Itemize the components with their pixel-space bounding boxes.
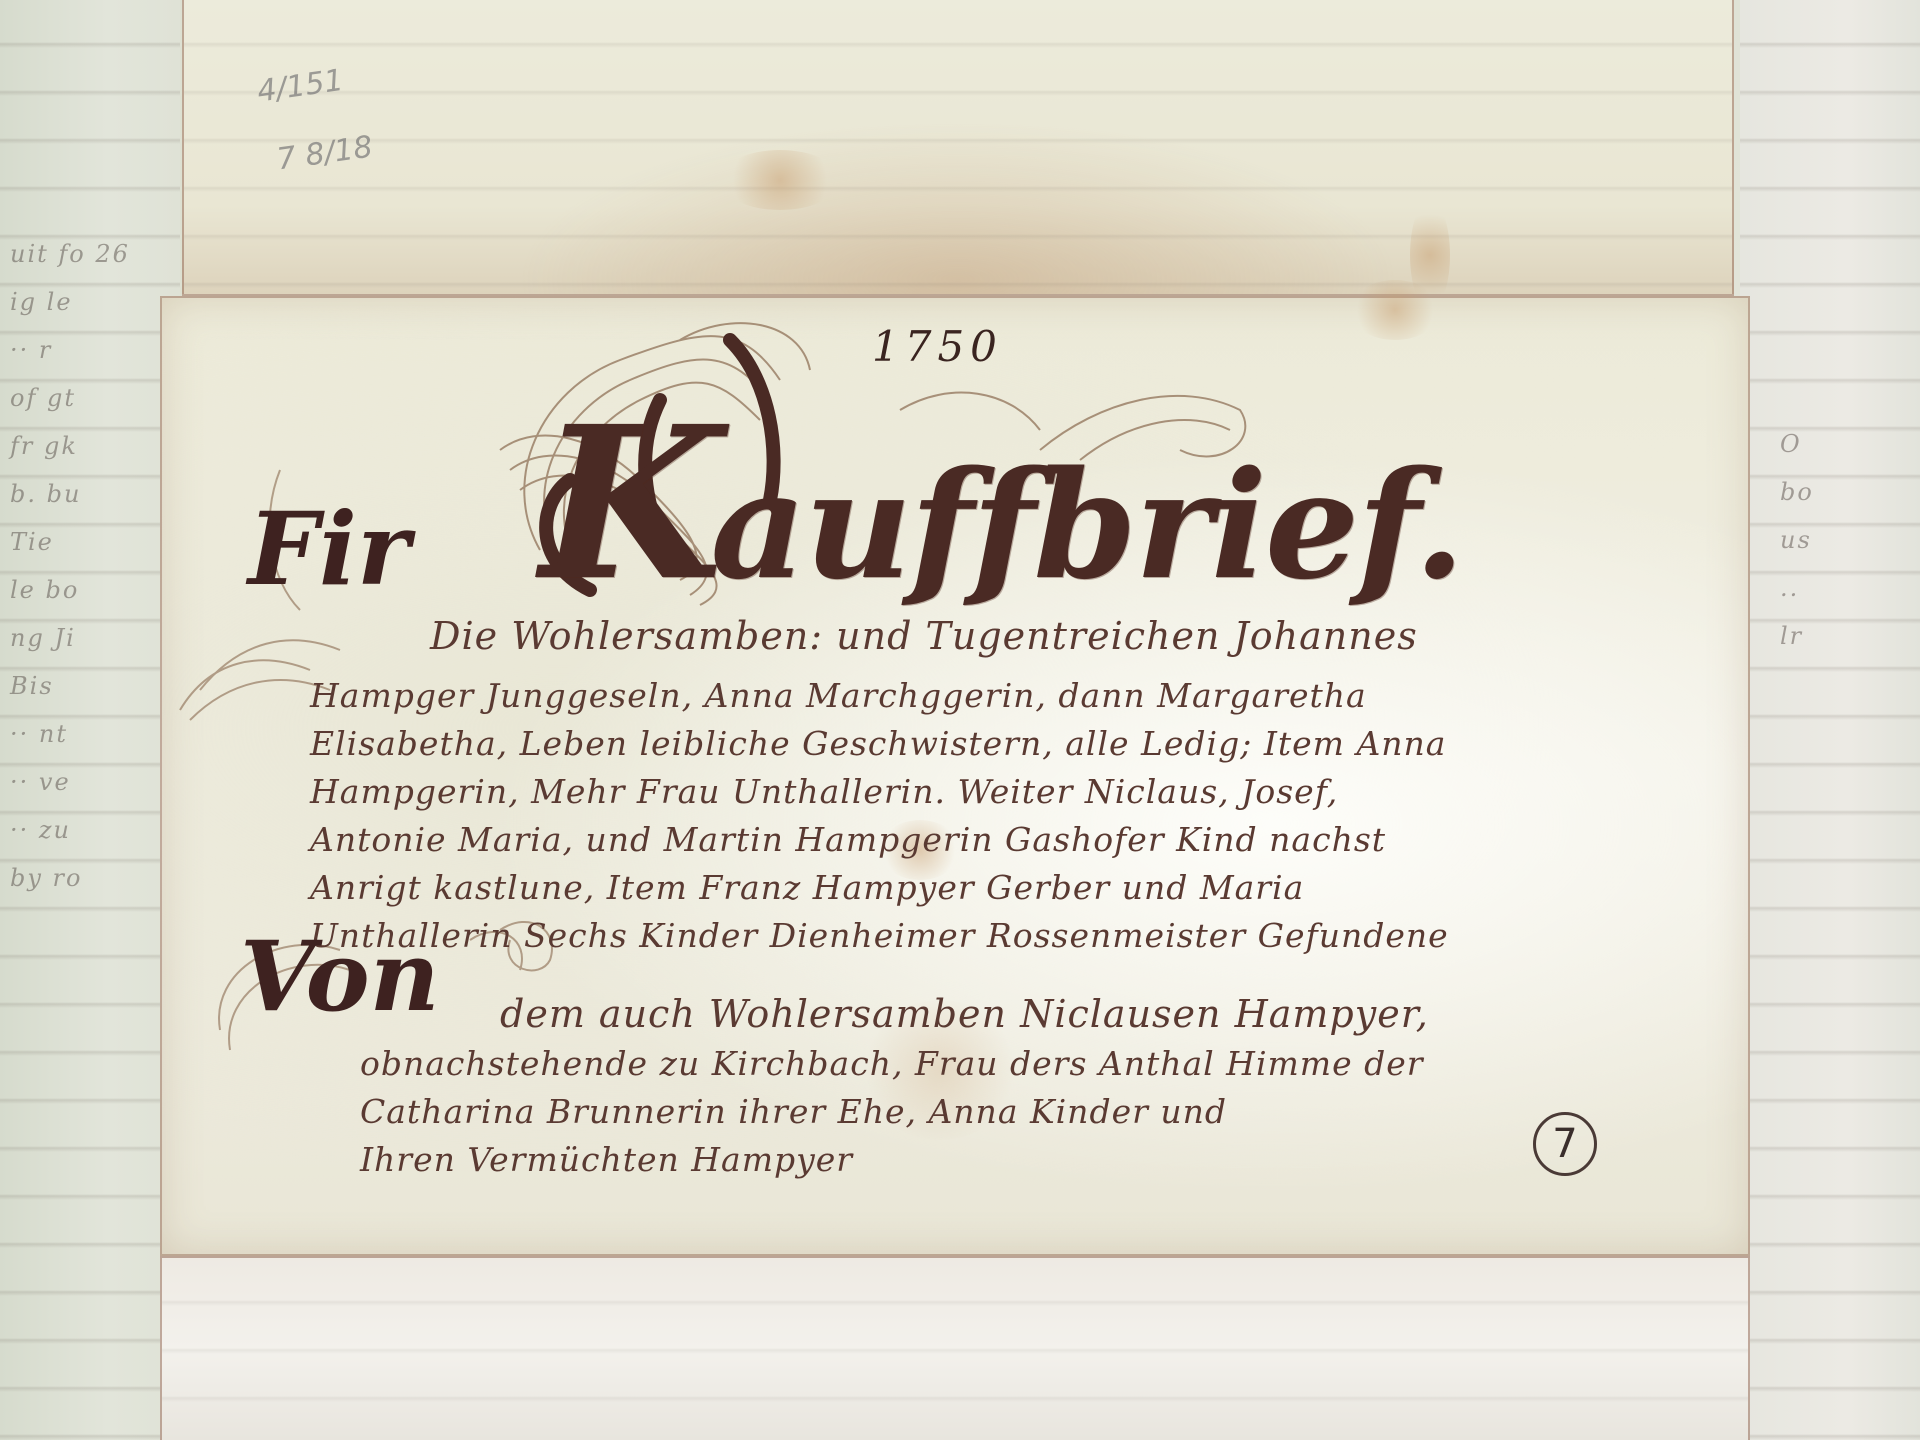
text-line: Anrigt kastlune, Item Franz Hampyer Gerb…	[310, 864, 1449, 912]
document-title: Kauffbrief.	[540, 380, 1463, 627]
bottom-fold-panel	[160, 1256, 1750, 1440]
text-line: obnachstehende zu Kirchbach, Frau ders A…	[360, 1040, 1424, 1088]
right-margin-faint-text: O bo us .. lr	[1780, 420, 1814, 660]
document-photograph: uit fo 26 ig le ·· r of gt fr gk b. bu T…	[0, 0, 1920, 1440]
section-initial-fur: Fir	[248, 490, 410, 608]
von-section-text: dem auch Wohlersamben Niclausen Hampyer,	[500, 990, 1429, 1038]
stain	[1350, 280, 1440, 340]
document-year: 1750	[872, 322, 1003, 371]
pencil-annotation: 4/151 7 8/18	[253, 43, 377, 196]
text-line: Catharina Brunnerin ihrer Ehe, Anna Kind…	[360, 1088, 1424, 1136]
text-line: Hampgerin, Mehr Frau Unthallerin. Weiter…	[310, 768, 1449, 816]
text-line: Die Wohlersamben: und Tugentreichen Joha…	[430, 612, 1418, 660]
von-section-text-continued: obnachstehende zu Kirchbach, Frau ders A…	[360, 1040, 1424, 1184]
right-underlying-page: O bo us .. lr	[1740, 0, 1920, 1440]
text-line: Antonie Maria, und Martin Hampgerin Gash…	[310, 816, 1449, 864]
text-line: dem auch Wohlersamben Niclausen Hampyer,	[500, 990, 1429, 1038]
archive-number-stamp: 7	[1533, 1112, 1597, 1176]
text-line: Elisabetha, Leben leibliche Geschwistern…	[310, 720, 1449, 768]
text-line: Unthallerin Sechs Kinder Dienheimer Ross…	[310, 912, 1449, 960]
text-line: Hampger Junggeseln, Anna Marchggerin, da…	[310, 672, 1449, 720]
left-margin-faint-text: uit fo 26 ig le ·· r of gt fr gk b. bu T…	[10, 230, 130, 902]
fur-section-text-continued: Hampger Junggeseln, Anna Marchggerin, da…	[310, 672, 1449, 960]
left-underlying-page: uit fo 26 ig le ·· r of gt fr gk b. bu T…	[0, 0, 180, 1440]
fur-section-text: Die Wohlersamben: und Tugentreichen Joha…	[430, 612, 1418, 660]
top-fold-panel	[182, 0, 1734, 296]
stain	[720, 150, 840, 210]
section-initial-von: Von	[240, 920, 440, 1033]
title-initial: K	[540, 380, 721, 627]
text-line: Ihren Vermüchten Hampyer	[360, 1136, 1424, 1184]
title-rest: auffbrief.	[711, 438, 1464, 612]
